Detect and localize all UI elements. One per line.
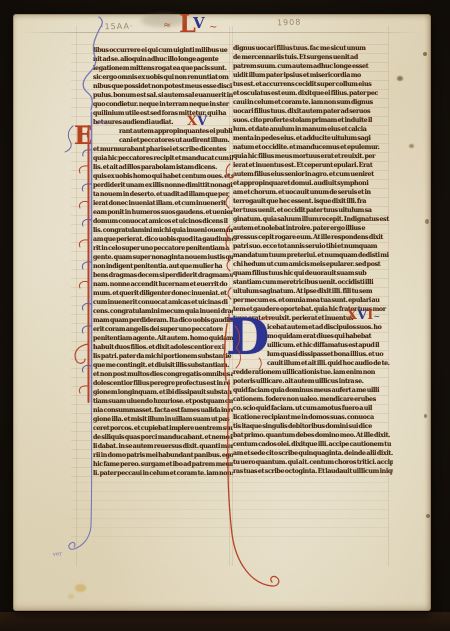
brown-spot	[397, 76, 403, 81]
text-line: li. pater peccaui in celum et coram te. …	[93, 469, 233, 478]
text-line: stantiam cum meretricibus uenit. occidis…	[233, 278, 393, 287]
text-line: libus occurrere ei qui cum uiginti milib…	[93, 46, 233, 55]
text-line: am et chorum. et uocauit unum de seruis …	[233, 188, 393, 197]
brown-spot	[409, 144, 414, 148]
running-title-swash-left: ≈	[163, 20, 171, 31]
text-line: penitentiam agente. Ait autem. homo quid…	[93, 334, 233, 343]
text-line: cum inuenerit conuocat amicas et uicinas…	[93, 298, 233, 307]
text-line: autem et nolebat introire. pater ergo il…	[233, 224, 393, 233]
text-line: licatione recipiant me in domos suas. co…	[233, 413, 393, 422]
text-line: rit in celo super uno peccatore penitent…	[93, 244, 233, 253]
text-line: quid faciam quia dominus meus aufert a m…	[233, 386, 393, 395]
text-line: terrogauit que hec essent. isque dixit i…	[233, 197, 393, 206]
parchment-leaf: ·15AA· 1908 ≈ L V ∼ libus occurrere ei q…	[13, 14, 431, 611]
text-line: suos. cito proferte stolam primam et ind…	[233, 116, 393, 125]
pencil-inscription-left: ·15AA·	[101, 22, 134, 32]
text-line: ras tuas et scribe octoginta. Et laudaui…	[233, 467, 393, 476]
numeral-letter: V	[197, 114, 207, 129]
text-line: lum. et date anulum in manum eius et cal…	[233, 125, 393, 134]
decorated-initial-E: E	[74, 123, 93, 148]
text-line: quam filius tuus hic qui deuorauit suam …	[233, 269, 393, 278]
text-line: sic ergo omnis ex uobis qui non renuntia…	[93, 73, 233, 82]
text-line: quia hic peccatores recipit et manducat …	[93, 154, 233, 163]
text-line: menta in pedes eius. et adducite uitulum…	[233, 134, 393, 143]
chapter-numeral-xv: XV	[187, 115, 207, 128]
text-line: uitulum saginatum. At ipse dixit illi. f…	[233, 287, 393, 296]
text-line: ta nouem in deserto. et uadit ad illam q…	[93, 190, 233, 199]
text-line: tus est. et accurrens cecidit super coll…	[233, 80, 393, 89]
text-line: erit coram angelis dei super uno peccato…	[93, 325, 233, 334]
text-line: rant autem appropinquantes ei publi	[93, 127, 233, 136]
left-margin-penwork-blue-ornaments	[82, 150, 91, 372]
text-line: patri suo. ecce tot annis seruio tibi et…	[233, 242, 393, 251]
text-line: de mercennariis tuis. Et surgens uenit a…	[233, 53, 393, 62]
text-line: caui in celum et coram te. iam non sum d…	[233, 98, 393, 107]
text-line: am que perierat. dico uobis quod ita gau…	[93, 235, 233, 244]
running-title-swash-right: ∼	[209, 22, 217, 33]
text-line: uocari filius tuus. dixit autem pater ad…	[233, 107, 393, 116]
text-line: perdiderit unam ex illis nonne dimittit …	[93, 181, 233, 190]
text-line: eam ponit in humeros suos gaudens. et ue…	[93, 208, 233, 217]
text-line: bens dragmas decem si perdiderit dragmam…	[93, 271, 233, 280]
text-line: nia consummasset. facta est fames ualida…	[93, 406, 233, 415]
text-line: et murmurabant pharisei et scribe dicent…	[93, 145, 233, 154]
text-line: ginatum. quia saluum illum recepit. Indi…	[233, 215, 393, 224]
text-line: ierat donec inueniat illam. et cum inuen…	[93, 199, 233, 208]
text-line: et non post multos dies congregatis omni…	[93, 370, 233, 379]
text-line: autem filius eius senior in agro. et cum…	[233, 170, 393, 179]
text-line: tu uero quantum. qui ait. centum choros …	[233, 458, 393, 467]
left-margin-penwork-red	[75, 126, 88, 402]
text-line: gione illa. et misit illum in uillam sua…	[93, 415, 233, 424]
vertical-ruling	[76, 26, 77, 566]
text-line: centum cados olei. dixitque illi. accipe…	[233, 440, 393, 449]
text-line: cens. congratulamini mecum quia inueni d…	[93, 307, 233, 316]
text-line: quia hic filius meus mortuus erat et reu…	[233, 152, 393, 161]
text-line: li dabat. in se autem reuersus dixit. qu…	[93, 442, 233, 451]
text-line: tiam suam uiuendo luxuriose. et postquam…	[93, 397, 233, 406]
text-line: et appropinquaret domui. audiuit symphon…	[233, 179, 393, 188]
text-line: legationem mittens rogat ea que pacis su…	[93, 64, 233, 73]
text-line: lis. et ait ad illos parabolam istam dic…	[93, 163, 233, 172]
text-line: tis itaque singulis debitoribus domini s…	[233, 422, 393, 431]
text-line: gente. quam super nonaginta nouem iustis…	[93, 253, 233, 262]
manuscript-photo: ·15AA· 1908 ≈ L V ∼ libus occurrere ei q…	[0, 0, 450, 631]
text-line: lis patri. pater da michi portionem subs…	[93, 352, 233, 361]
ruling-lines-lower	[71, 482, 389, 540]
edge-speck	[425, 219, 429, 224]
text-line: dolescentior filius peregre profectus es…	[93, 379, 233, 388]
text-line: ter tuus uenit. et occidit pater tuus ui…	[233, 206, 393, 215]
text-line: patrem suum. cum autem adhuc longe esset	[233, 62, 393, 71]
text-line: mam quam perdideram. Ita dico uobis gaud…	[93, 316, 233, 325]
text-column-right: dignus uocari filius tuus. fac me sicut …	[233, 44, 393, 476]
text-line: ceret porcos. et cupiebat implere uentre…	[93, 424, 233, 433]
text-line: ierat et inuentus est. Et ceperunt epula…	[233, 161, 393, 170]
text-line: poteris uillicare. ait autem uillicus in…	[233, 377, 393, 386]
text-line: cani et peccatores ut audirent illum.	[93, 136, 233, 145]
text-line: nibus que possidet non potest meus esse …	[93, 82, 233, 91]
text-column-left: libus occurrere ei qui cum uiginti milib…	[93, 46, 233, 478]
text-line: mandatum tuum preteriui. et numquam dedi…	[233, 251, 393, 260]
text-line: per mecum es. et omnia mea tua sunt. epu…	[233, 296, 393, 305]
flourish-end-label: ver	[52, 551, 63, 558]
text-line: et osculatus est eum. dixitque ei filius…	[233, 89, 393, 98]
text-line: chi hedum ut cum amicis meis epularer. s…	[233, 260, 393, 269]
text-line: non indigent penitentia. aut que mulier …	[93, 262, 233, 271]
numeral-flourish: ∼	[373, 311, 380, 321]
text-line: nam. nonne accendit lucernam et euerrit …	[93, 280, 233, 289]
text-line: quo condietur. neque in terram neque in …	[93, 100, 233, 109]
text-line: co. scio quid faciam. ut cum amotus fuer…	[233, 404, 393, 413]
text-line: lis. congratulamini michi quia inueni ou…	[93, 226, 233, 235]
text-line: bet aures audiendi audiat.	[93, 118, 233, 127]
edge-speck	[426, 514, 430, 518]
text-line: habuit duos filios. et dixit adolescenti…	[93, 343, 233, 352]
text-line: que me contingit. et diuisit illis subst…	[93, 361, 233, 370]
text-line: gionem longinquam. et ibi dissipauit sub…	[93, 388, 233, 397]
text-line: quis ex uobis homo qui habet centum oues…	[93, 172, 233, 181]
text-line: uidit illum pater ipsius et misericordia…	[233, 71, 393, 80]
text-line: cationem. fodere non ualeo. mendicare er…	[233, 395, 393, 404]
running-title-letter-V: V	[193, 14, 205, 32]
text-line: nit ad se. alioquin adhuc illo longe age…	[93, 55, 233, 64]
numeral-letter: X	[347, 308, 357, 323]
text-line: quilinium utile est sed foras mittetur. …	[93, 109, 233, 118]
decorated-initial-D: D	[226, 312, 269, 362]
chapter-numeral-xvi: XVI∼	[347, 309, 380, 323]
text-line: bat primo. quantum debes domino meo. At …	[233, 431, 393, 440]
yellow-stain	[75, 584, 86, 592]
yellow-stain	[68, 594, 74, 599]
text-line: gressus cepit rogare eum. At ille respon…	[233, 233, 393, 242]
text-line: redde rationem uillicationis tue. iam en…	[233, 368, 393, 377]
text-line: hic fame pereo. surgam et ibo ad patrem …	[93, 460, 233, 469]
text-line: pulus. bonum est sal. si autem sal euanu…	[93, 91, 233, 100]
text-line: am et sede cito scribe quinquaginta. dei…	[233, 449, 393, 458]
numeral-letter: V	[357, 308, 367, 323]
text-line: mum. et querit diligenter donec inueniat…	[93, 289, 233, 298]
pencil-inscription-right: 1908	[277, 18, 302, 28]
text-line: natum et occidite. et manducemus et epul…	[233, 143, 393, 152]
text-line: rii in domo patris mei habundant panibus…	[93, 451, 233, 460]
text-line: dignus uocari filius tuus. fac me sicut …	[233, 44, 393, 53]
text-line: de siliquis quas porci manducabant. et n…	[93, 433, 233, 442]
parchment-crease	[21, 32, 421, 33]
edge-speck	[424, 414, 427, 418]
numeral-letter: X	[187, 114, 197, 129]
edge-speck	[423, 52, 427, 56]
text-line: domum conuocat amicos et uicinos dicens …	[93, 217, 233, 226]
